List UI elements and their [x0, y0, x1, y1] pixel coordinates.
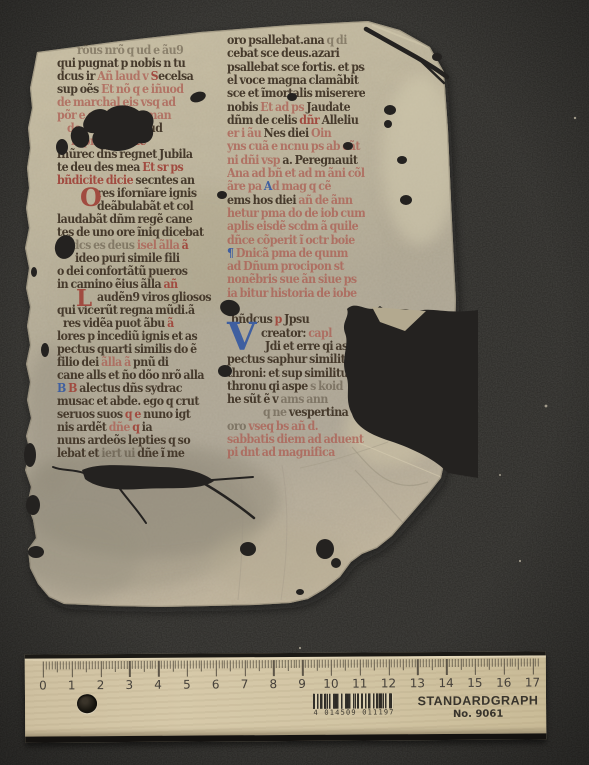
ruler-number-11: 11 [350, 676, 370, 690]
manuscript-line: nonẽbris sue ãn siue ps [227, 273, 357, 286]
ruler-number-10: 10 [321, 677, 341, 691]
ruler-brand-block: STANDARDGRAPH No. 9061 [413, 693, 543, 720]
ruler-number-15: 15 [465, 676, 485, 690]
manuscript-line: sce et ĩmortalis miserere [227, 87, 365, 100]
ruler-number-14: 14 [436, 676, 456, 690]
ruler-number-9: 9 [292, 677, 312, 691]
ruler-number-8: 8 [263, 677, 283, 691]
manuscript-line: pi dnt ad magnifica [227, 446, 335, 459]
ruler-number-12: 12 [378, 676, 398, 690]
ruler-number-6: 6 [206, 677, 226, 691]
ruler-number-13: 13 [407, 676, 427, 690]
manuscript-line: ia bitur historia de iobe [227, 287, 357, 300]
manuscript-line: ãre pa Ad mag q cẽ [227, 180, 331, 193]
manuscript-line: lebat et iert ui dñe ĩ me [57, 447, 184, 460]
manuscript-line: cebat sce deus.azari [227, 47, 339, 60]
manuscript-line: aplis eisdẽ scdm ã quile [227, 220, 358, 233]
barcode: 4 014509 011197 [313, 693, 393, 718]
ruler-number-2: 2 [90, 678, 110, 692]
ruler-brand-name: STANDARDGRAPH [413, 693, 543, 708]
illuminated-initial: O [80, 185, 102, 210]
manuscript-line: q ne vespertina [263, 406, 348, 419]
ruler-model-number: No. 9061 [413, 708, 543, 720]
barcode-digits: 4 014509 011197 [311, 708, 397, 717]
ruler-number-4: 4 [148, 678, 168, 692]
barcode-bars [313, 693, 393, 708]
ruler-number-16: 16 [494, 676, 514, 690]
ruler-number-1: 1 [62, 678, 82, 692]
right-column: oro psallebat.ana q dicebat sce deus.aza… [227, 34, 365, 466]
ruler-number-7: 7 [234, 677, 254, 691]
ruler-hole [77, 694, 97, 713]
left-column: rõus nrõ q ud e ãu9qui pugnat p nobis n … [57, 44, 237, 466]
manuscript-line: yns cuã e ncnu ps ab eãt [227, 140, 360, 153]
ruler-number-5: 5 [177, 678, 197, 692]
ruler-number-0: 0 [33, 678, 53, 692]
ruler: 01234567891011121314151617 4 014509 0111… [25, 651, 547, 742]
ruler-number-3: 3 [119, 678, 139, 692]
manuscript-text: rõus nrõ q ud e ãu9qui pugnat p nobis n … [0, 0, 589, 765]
illuminated-initial: L [76, 287, 92, 310]
ruler-number-17: 17 [522, 675, 542, 689]
photo-scene: rõus nrõ q ud e ãu9qui pugnat p nobis n … [0, 0, 589, 765]
illuminated-initial: V [227, 318, 256, 356]
